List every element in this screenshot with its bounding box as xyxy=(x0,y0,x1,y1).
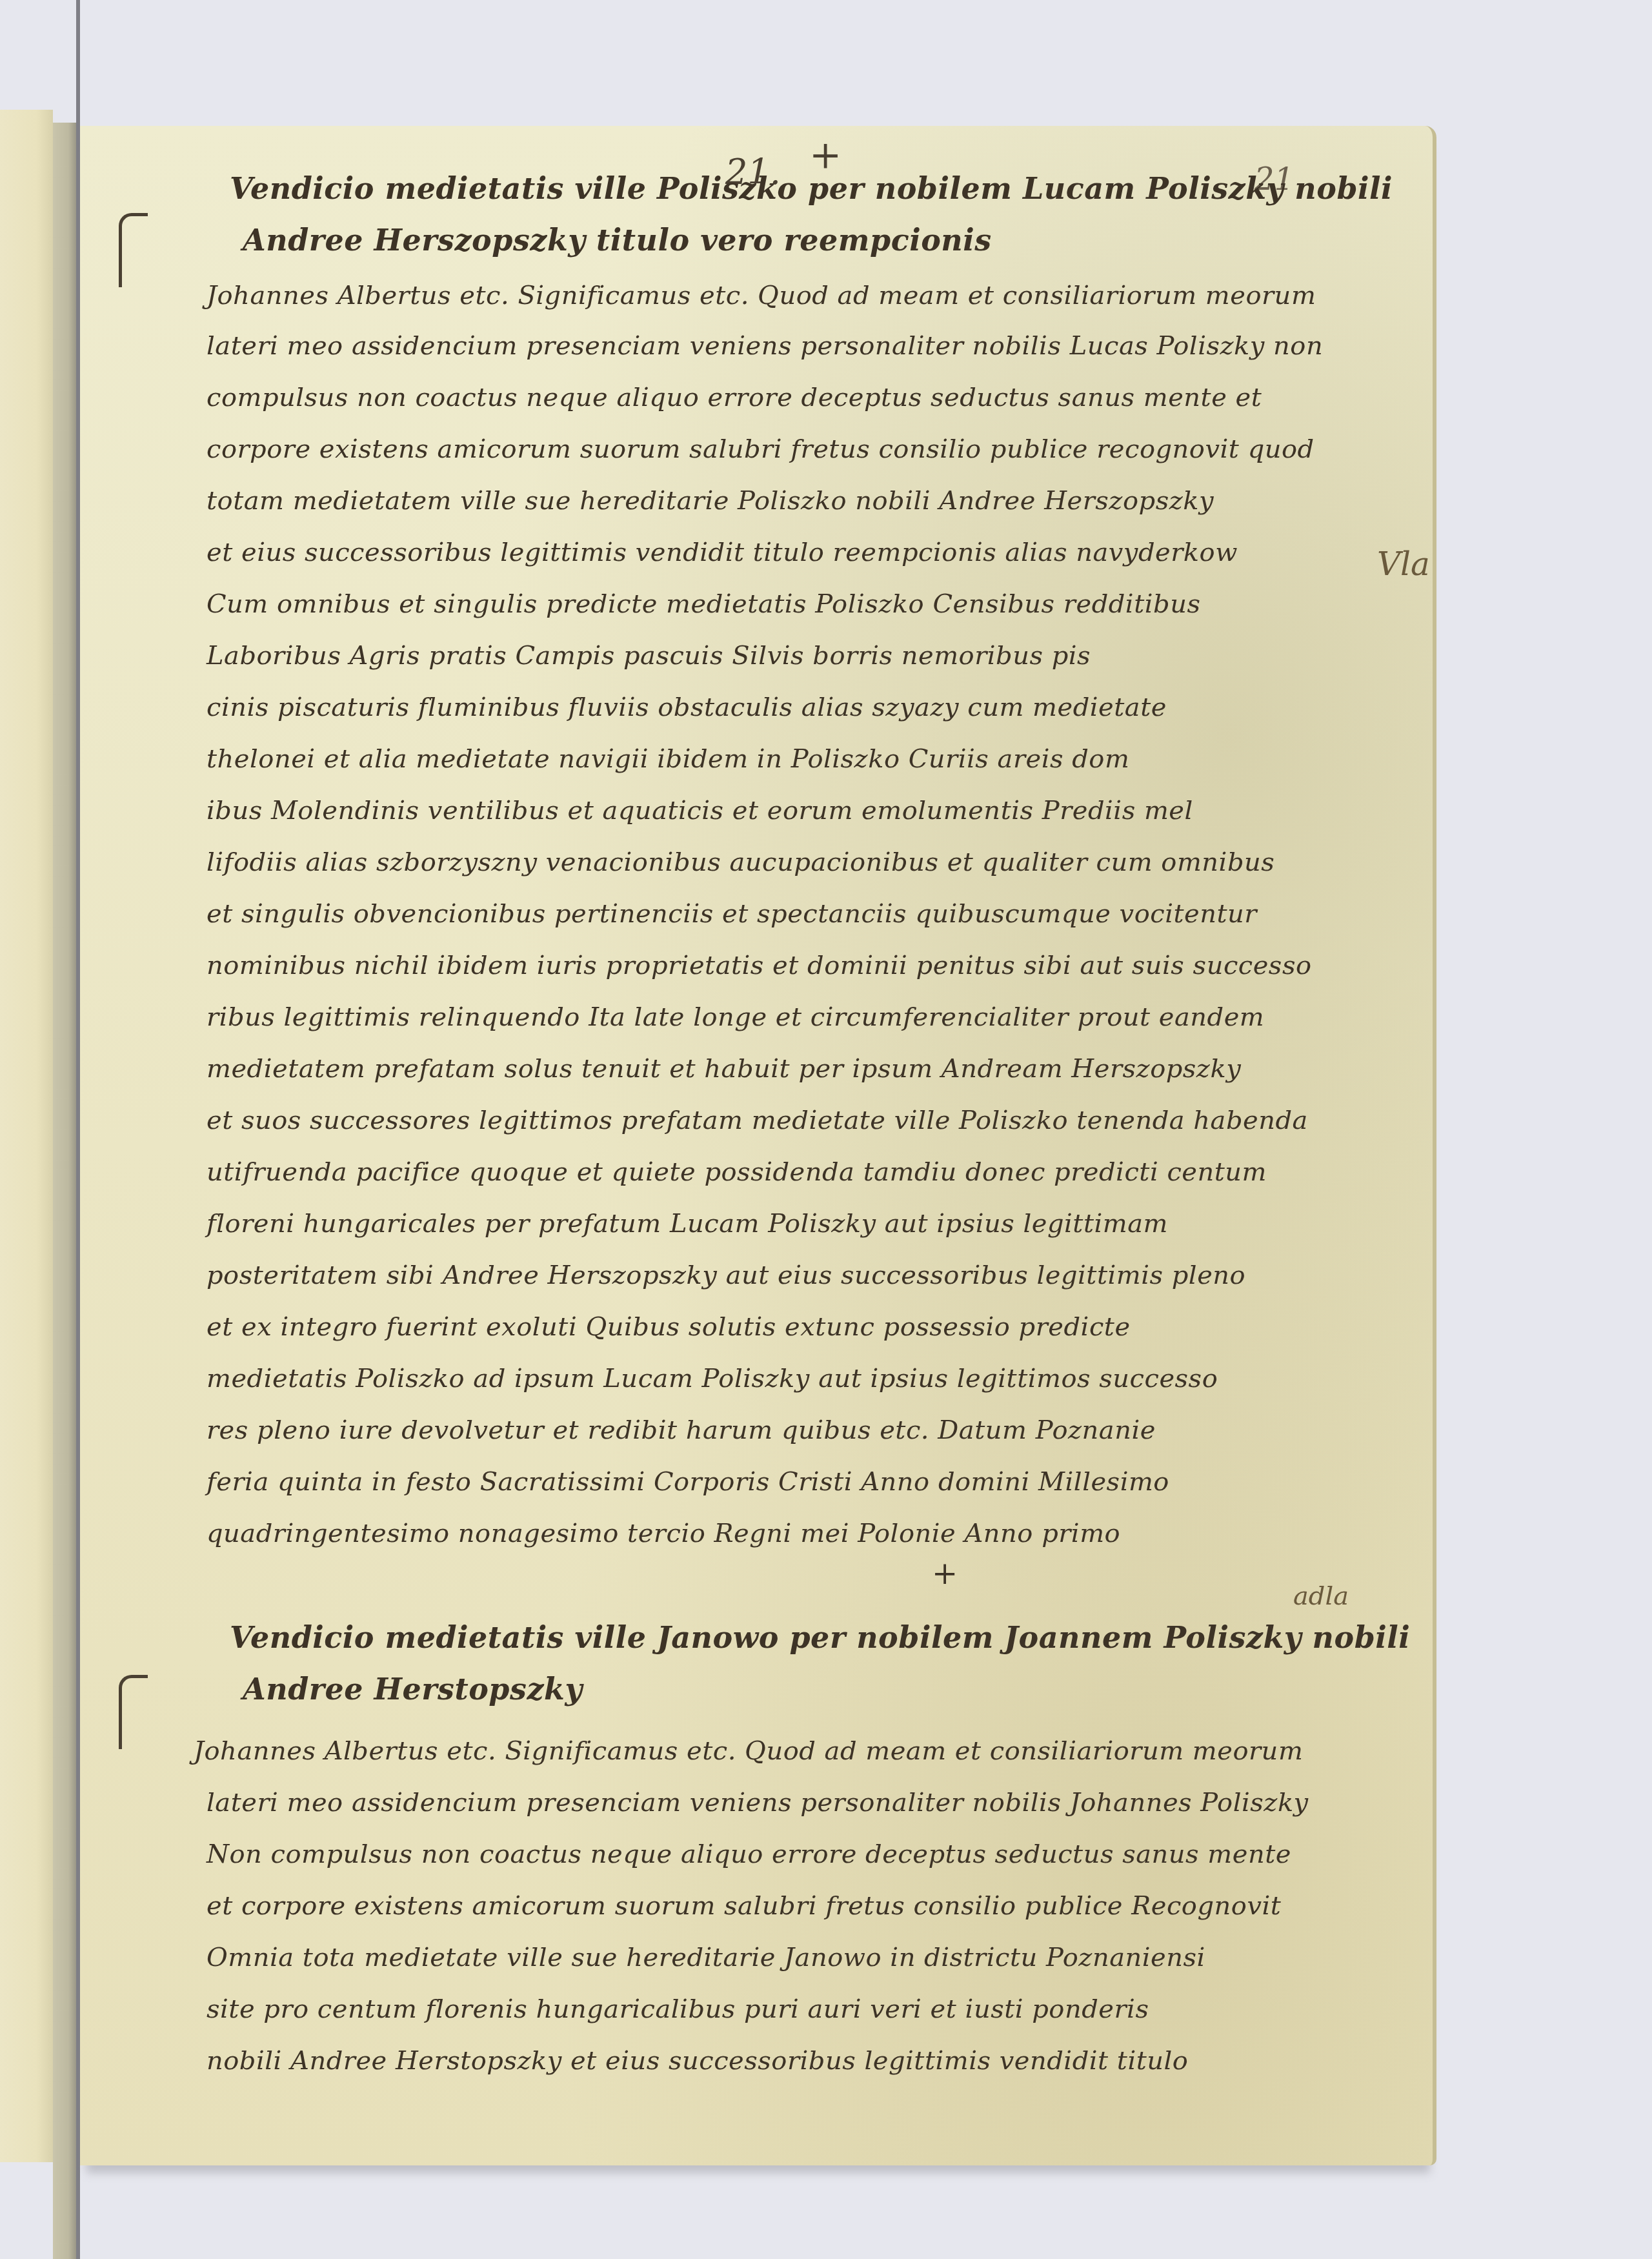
text-line: et singulis obvencionibus pertinenciis e… xyxy=(206,899,1257,929)
text-line: et corpore existens amicorum suorum salu… xyxy=(206,1891,1281,1921)
manuscript-page: 21. + 21 Vendicio medietatis ville Polis… xyxy=(80,126,1436,2165)
text-line: thelonei et alia medietate navigii ibide… xyxy=(206,744,1129,774)
entry1-heading-line2: Andree Herszopszky titulo vero reempcion… xyxy=(243,223,992,258)
text-line: ribus legittimis relinquendo Ita late lo… xyxy=(206,1002,1264,1032)
text-line: et eius successoribus legittimis vendidi… xyxy=(206,538,1238,567)
end-cross-mark: + xyxy=(932,1555,958,1592)
book-binding xyxy=(53,123,79,2259)
text-line: lifodiis alias szborzyszny venacionibus … xyxy=(206,847,1274,877)
text-line: lateri meo assidencium presenciam venien… xyxy=(206,331,1323,361)
text-line: res pleno iure devolvetur et redibit har… xyxy=(206,1415,1156,1445)
facing-page-edge xyxy=(0,110,53,2162)
text-line: Johannes Albertus etc. Significamus etc.… xyxy=(194,1736,1303,1766)
text-line: posteritatem sibi Andree Herszopszky aut… xyxy=(206,1261,1245,1290)
entry-bracket-icon xyxy=(119,213,148,287)
text-line: nobili Andree Herstopszky et eius succes… xyxy=(206,2046,1188,2076)
text-line: totam medietatem ville sue hereditarie P… xyxy=(206,486,1214,516)
entry1-heading-line1: Vendicio medietatis ville Poliszko per n… xyxy=(230,171,1393,206)
text-line: corpore existens amicorum suorum salubri… xyxy=(206,434,1315,464)
text-line: ibus Molendinis ventilibus et aquaticis … xyxy=(206,796,1193,826)
text-line: Johannes Albertus etc. Significamus etc.… xyxy=(206,281,1316,310)
text-line: Omnia tota medietate ville sue hereditar… xyxy=(206,1943,1205,1972)
text-line: medietatem prefatam solus tenuit et habu… xyxy=(206,1054,1241,1084)
text-line: cinis piscaturis fluminibus fluviis obst… xyxy=(206,693,1167,722)
margin-note: Vla xyxy=(1377,545,1430,583)
text-line: floreni hungaricales per prefatum Lucam … xyxy=(206,1209,1168,1239)
text-line: Cum omnibus et singulis predicte medieta… xyxy=(206,589,1200,619)
text-line: utifruenda pacifice quoque et quiete pos… xyxy=(206,1157,1267,1187)
margin-note: adla xyxy=(1293,1581,1349,1611)
text-line: Laboribus Agris pratis Campis pascuis Si… xyxy=(206,641,1091,671)
text-line: quadringentesimo nonagesimo tercio Regni… xyxy=(206,1519,1120,1548)
entry-bracket-icon xyxy=(119,1675,148,1749)
text-line: Non compulsus non coactus neque aliquo e… xyxy=(206,1839,1291,1869)
entry2-heading-line1: Vendicio medietatis ville Janowo per nob… xyxy=(230,1620,1410,1655)
text-line: nominibus nichil ibidem iuris proprietat… xyxy=(206,951,1312,980)
entry2-heading-line2: Andree Herstopszky xyxy=(243,1672,583,1707)
text-line: medietatis Poliszko ad ipsum Lucam Polis… xyxy=(206,1364,1218,1393)
text-line: lateri meo assidencium presenciam venien… xyxy=(206,1788,1309,1818)
text-line: et ex integro fuerint exoluti Quibus sol… xyxy=(206,1312,1131,1342)
text-line: et suos successores legittimos prefatam … xyxy=(206,1106,1308,1135)
text-line: site pro centum florenis hungaricalibus … xyxy=(206,1994,1149,2024)
text-line: feria quinta in festo Sacratissimi Corpo… xyxy=(206,1467,1169,1497)
text-line: compulsus non coactus neque aliquo error… xyxy=(206,383,1262,412)
